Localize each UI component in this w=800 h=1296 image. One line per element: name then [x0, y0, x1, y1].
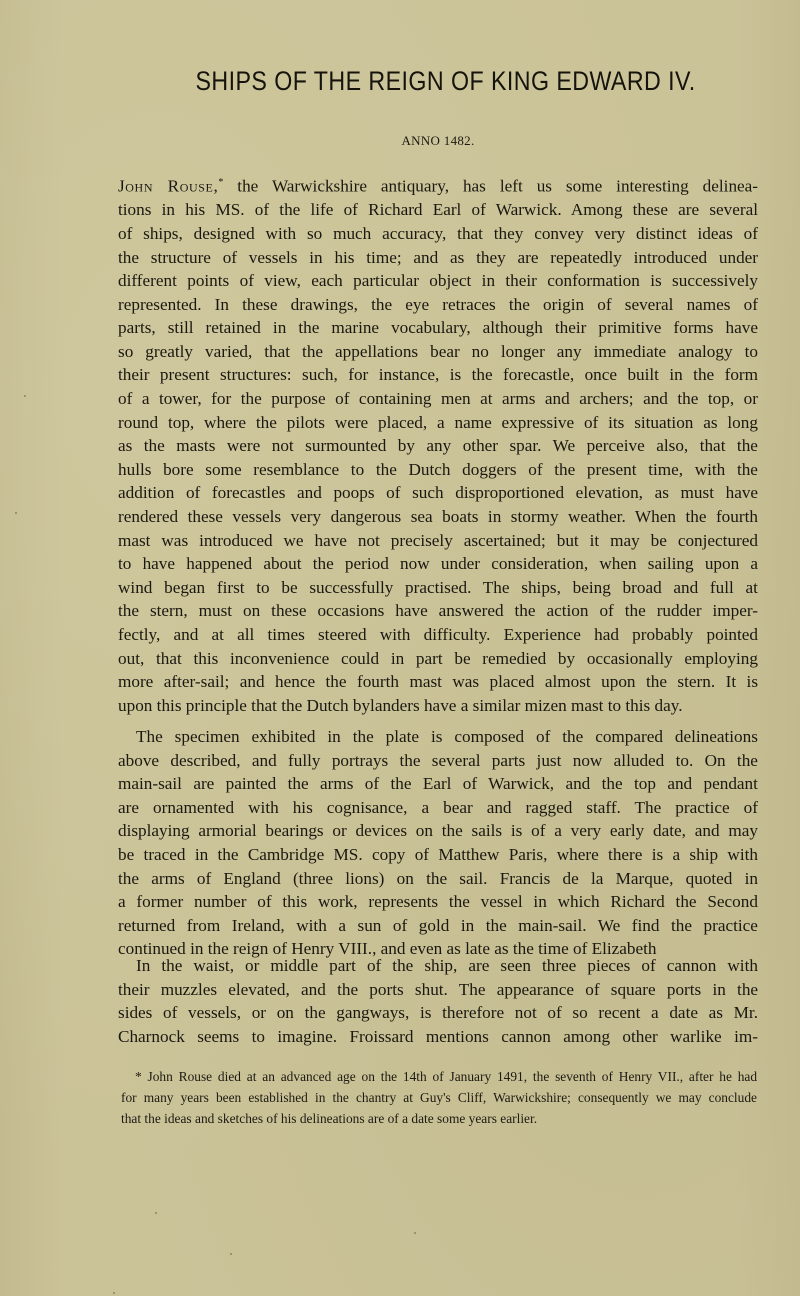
paragraph-line: upon this principle that the Dutch bylan…	[118, 694, 758, 718]
paragraph-line: John Rouse,* the Warwickshire antiquary,…	[118, 171, 758, 198]
paragraph-line: above described, and fully portrays the …	[118, 749, 758, 773]
paragraph-line: represented. In these drawings, the eye …	[118, 293, 758, 317]
paragraph-line: Charnock seems to imagine. Froissard men…	[118, 1025, 758, 1049]
paper-speck	[113, 1292, 115, 1294]
paragraph-line: different points of view, each particula…	[118, 269, 758, 293]
paragraph-line: more after-sail; and hence the fourth ma…	[118, 670, 758, 694]
paragraph-line: round top, where the pilots were placed,…	[118, 411, 758, 435]
paper-speck	[24, 395, 26, 397]
paragraph-line: the structure of vessels in his time; an…	[118, 246, 758, 270]
footnote: * John Rouse died at an advanced age on …	[121, 1066, 757, 1129]
paragraph-line: their present structures: such, for inst…	[118, 363, 758, 387]
paragraph-line: of ships, designed with so much accuracy…	[118, 222, 758, 246]
footnote-line: * John Rouse died at an advanced age on …	[121, 1066, 757, 1087]
paragraph-line: rendered these vessels very dangerous se…	[118, 505, 758, 529]
paragraph-line: of a tower, for the purpose of containin…	[118, 387, 758, 411]
paragraph-line: returned from Ireland, with a sun of gol…	[118, 914, 758, 938]
footnote-line: that the ideas and sketches of his delin…	[121, 1108, 757, 1129]
paragraph-line: hulls bore some resemblance to the Dutch…	[118, 458, 758, 482]
paragraph-line: parts, still retained in the marine voca…	[118, 316, 758, 340]
paper-speck	[230, 1253, 232, 1255]
paragraph-2: The specimen exhibited in the plate is c…	[118, 725, 758, 961]
paragraph-line: the stern, must on these occasions have …	[118, 599, 758, 623]
paragraph-3: In the waist, or middle part of the ship…	[118, 954, 758, 1048]
paragraph-line: so greatly varied, that the appellations…	[118, 340, 758, 364]
paragraph-line: fectly, and at all times steered with di…	[118, 623, 758, 647]
paragraph-line: sides of vessels, or on the gangways, is…	[118, 1001, 758, 1025]
paper-speck	[155, 1212, 157, 1214]
paper-speck	[414, 1232, 416, 1234]
page-title: SHIPS OF THE REIGN OF KING EDWARD IV.	[102, 66, 790, 97]
paragraph-line: the arms of England (three lions) on the…	[118, 867, 758, 891]
paragraph-line: be traced in the Cambridge MS. copy of M…	[118, 843, 758, 867]
paragraph-line: to have happened about the period now un…	[118, 552, 758, 576]
paragraph-line: wind began first to be successfully prac…	[118, 576, 758, 600]
page-subtitle-year: ANNO 1482.	[38, 133, 800, 149]
paragraph-line: are ornamented with his cognisance, a be…	[118, 796, 758, 820]
paragraph-line: main-sail are painted the arms of the Ea…	[118, 772, 758, 796]
document-page: SHIPS OF THE REIGN OF KING EDWARD IV. AN…	[0, 0, 800, 1296]
paragraph-line: a former number of this work, represents…	[118, 890, 758, 914]
paragraph-line: tions in his MS. of the life of Richard …	[118, 198, 758, 222]
paragraph-line: their muzzles elevated, and the ports sh…	[118, 978, 758, 1002]
paragraph-line: The specimen exhibited in the plate is c…	[118, 725, 758, 749]
paragraph-line: mast was introduced we have not precisel…	[118, 529, 758, 553]
footnote-marker: *	[135, 1069, 142, 1084]
paragraph-line: as the masts were not surmounted by any …	[118, 434, 758, 458]
paper-speck	[15, 512, 17, 514]
paragraph-line: displaying armorial bearings or devices …	[118, 819, 758, 843]
paragraph-line: addition of forecastles and poops of suc…	[118, 481, 758, 505]
author-name-smallcaps: John Rouse,	[118, 177, 218, 196]
paragraph-line: out, that this inconvenience could in pa…	[118, 647, 758, 671]
footnote-line: for many years been established in the c…	[121, 1087, 757, 1108]
paragraph-1: John Rouse,* the Warwickshire antiquary,…	[118, 171, 758, 717]
paragraph-line: In the waist, or middle part of the ship…	[118, 954, 758, 978]
